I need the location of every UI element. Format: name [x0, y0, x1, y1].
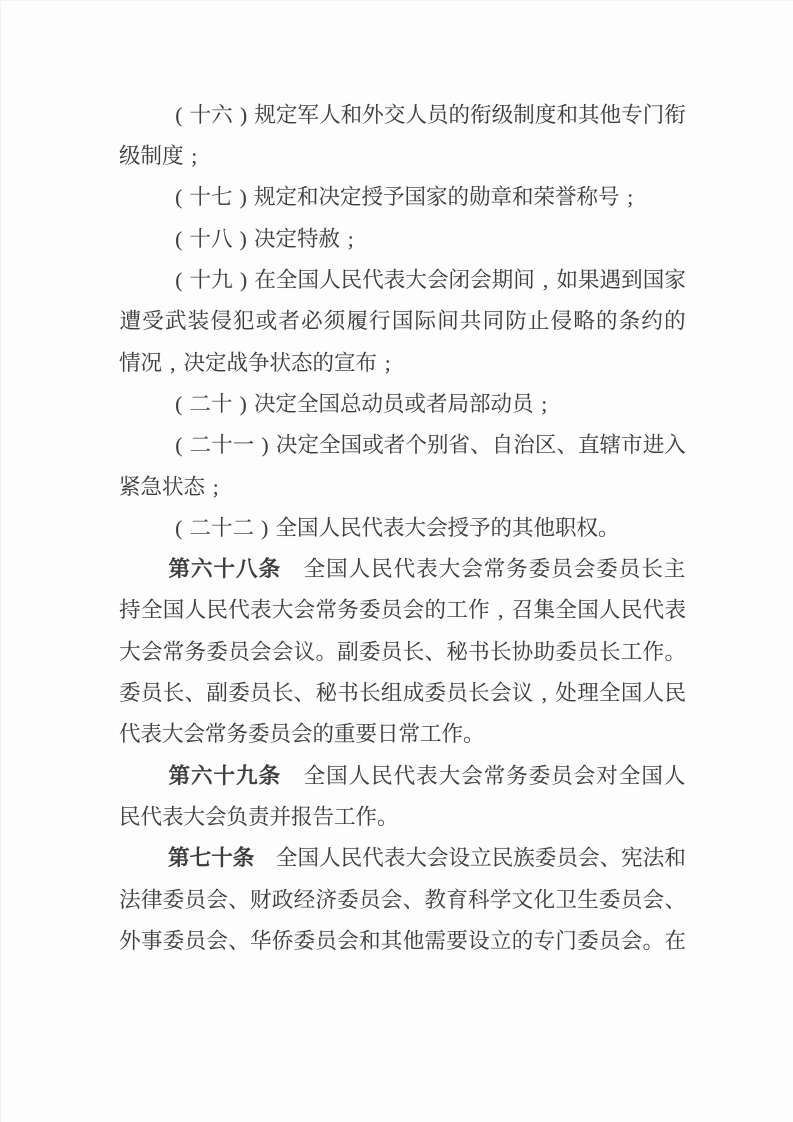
body-char: 和: [556, 105, 578, 127]
body-char: 会: [573, 559, 596, 581]
body-char: 制: [513, 105, 535, 127]
body-char: 全: [555, 600, 577, 622]
body-char: 定: [276, 105, 298, 127]
body-char: 告: [313, 807, 335, 829]
body-char: 决: [254, 394, 276, 416]
body-char: 人: [348, 766, 371, 788]
body-char: 长: [641, 559, 664, 581]
body-char: 、: [424, 642, 446, 664]
document-page: (十六)规定军人和外交人员的衔级制度和其他专门衔级制度;(十七)规定和决定授予国…: [0, 0, 793, 1122]
body-char: 表: [416, 766, 439, 788]
body-char: 和: [359, 931, 381, 953]
body-char: 国: [405, 187, 427, 209]
body-char: 他: [534, 518, 556, 540]
body-char: 民: [664, 683, 686, 705]
body-char: 律: [141, 890, 163, 912]
body-char: 委: [599, 890, 621, 912]
body-char: 代: [643, 600, 665, 622]
article-number-char: 第: [168, 848, 190, 870]
body-char: ): [254, 435, 276, 457]
text-line: (十八)决定特赦;: [119, 219, 686, 260]
body-char: 大: [405, 518, 427, 540]
text-line: (二十)决定全国总动员或者局部动员;: [119, 384, 686, 425]
body-char: 十: [211, 518, 233, 540]
body-char: 立: [470, 848, 492, 870]
body-char: 人: [319, 270, 341, 292]
body-char: 国: [163, 600, 185, 622]
body-char: 遇: [600, 270, 622, 292]
body-char: 其: [578, 105, 600, 127]
body-char: 同: [482, 311, 505, 333]
body-char: 人: [319, 848, 341, 870]
body-char: 状: [270, 353, 292, 375]
text-line: 代表大会常务委员会的重要日常工作。: [119, 714, 686, 755]
body-char: 勋: [469, 187, 491, 209]
body-char: 防: [505, 311, 528, 333]
body-char: 会: [426, 518, 448, 540]
body-char: 如: [556, 270, 578, 292]
body-char: 进: [643, 435, 665, 457]
body-char: 务: [506, 559, 529, 581]
body-char: 务: [227, 724, 249, 746]
body-char: 工: [420, 724, 442, 746]
body-char: 书: [337, 683, 359, 705]
body-char: 七: [211, 187, 233, 209]
body-char: 、: [403, 890, 425, 912]
body-char: 决: [319, 187, 341, 209]
body-char: 号: [598, 187, 620, 209]
body-char: 常: [483, 559, 506, 581]
body-char: 员: [621, 890, 643, 912]
article-number-char: 条: [233, 848, 255, 870]
body-char: 八: [211, 229, 233, 251]
body-char: [254, 848, 276, 870]
text-line: (十六)规定军人和外交人员的衔级制度和其他专门衔: [119, 95, 686, 136]
body-char: 代: [119, 724, 141, 746]
body-char: 委: [555, 642, 577, 664]
body-char: 侨: [272, 931, 294, 953]
body-char: 会: [461, 559, 484, 581]
body-char: 委: [359, 600, 381, 622]
body-char: 全: [303, 766, 326, 788]
body-char: 定: [276, 394, 298, 416]
body-char: 员: [184, 931, 206, 953]
body-char: 外: [119, 931, 141, 953]
body-char: 到: [621, 270, 643, 292]
body-char: 定: [297, 435, 319, 457]
body-char: 会: [294, 600, 316, 622]
body-char: (: [168, 187, 190, 209]
body-char: 人: [599, 600, 621, 622]
body-char: 表: [416, 559, 439, 581]
body-char: 委: [163, 931, 185, 953]
body-char: 员: [577, 642, 599, 664]
body-char: 全: [303, 559, 326, 581]
body-char: 委: [206, 642, 228, 664]
article-number-char: 六: [191, 766, 214, 788]
body-char: 副: [337, 642, 359, 664]
body-char: 表: [250, 600, 272, 622]
body-char: 、: [184, 683, 206, 705]
body-char: 入: [664, 435, 686, 457]
body-char: 动: [491, 394, 513, 416]
body-char: 或: [405, 394, 427, 416]
body-char: 济: [315, 890, 337, 912]
body-char: 十: [190, 105, 212, 127]
body-char: 族: [513, 848, 535, 870]
body-char: 民: [119, 807, 141, 829]
body-char: 会: [403, 600, 425, 622]
body-char: 定: [340, 187, 362, 209]
body-char: 。: [643, 931, 665, 953]
body-char: 作: [442, 724, 464, 746]
body-char: 要: [356, 724, 378, 746]
body-char: ;: [205, 477, 227, 499]
body-char: 大: [162, 724, 184, 746]
body-char: 必: [301, 311, 324, 333]
body-char: 部: [469, 394, 491, 416]
body-char: 员: [184, 890, 206, 912]
body-char: ,: [490, 600, 512, 622]
body-char: 。: [664, 642, 686, 664]
body-char: 常: [483, 766, 506, 788]
article-number-char: 第: [168, 766, 191, 788]
body-char: 人: [184, 600, 206, 622]
body-char: 人: [319, 105, 341, 127]
body-char: 特: [297, 229, 319, 251]
body-char: 。: [377, 807, 399, 829]
body-char: 条: [618, 311, 641, 333]
body-char: 者: [384, 435, 406, 457]
body-char: 员: [618, 559, 641, 581]
body-char: 大: [405, 270, 427, 292]
body-char: 员: [427, 105, 449, 127]
body-char: 荣: [534, 187, 556, 209]
body-char: 的: [313, 353, 335, 375]
body-char: 果: [578, 270, 600, 292]
body-char: 衔: [470, 105, 492, 127]
body-char: 对: [596, 766, 619, 788]
body-char: 卫: [555, 890, 577, 912]
body-char: 和: [297, 187, 319, 209]
body-char: 工: [446, 600, 468, 622]
body-char: (: [168, 105, 190, 127]
body-char: 予: [469, 518, 491, 540]
body-char: 动: [362, 394, 384, 416]
body-char: 须: [323, 311, 346, 333]
body-char: 约: [641, 311, 664, 333]
body-char: (: [168, 229, 190, 251]
body-char: 责: [248, 807, 270, 829]
text-line: 第六十九条 全国人民代表大会常务委员会对全国人: [119, 756, 686, 797]
body-char: 表: [384, 848, 406, 870]
body-char: 人: [663, 766, 686, 788]
body-char: 国: [326, 559, 349, 581]
body-char: ;: [620, 187, 642, 209]
body-char: 战: [227, 353, 249, 375]
body-char: ): [233, 105, 255, 127]
body-char: 表: [383, 518, 405, 540]
body-char: 人: [643, 683, 665, 705]
text-line: 大会常务委员会会议。副委员长、秘书长协助委员长工作。: [119, 632, 686, 673]
body-char: 十: [211, 394, 233, 416]
body-char: 委: [424, 683, 446, 705]
body-char: 度: [162, 146, 184, 168]
body-char: 会: [461, 766, 484, 788]
body-char: 育: [446, 890, 468, 912]
body-char: 的: [313, 724, 335, 746]
text-line: (十七)规定和决定授予国家的勋章和荣誉称号;: [119, 178, 686, 219]
body-char: 二: [233, 518, 255, 540]
body-char: 国: [621, 683, 643, 705]
body-char: 二: [190, 435, 212, 457]
body-char: 的: [664, 311, 687, 333]
body-char: 十: [190, 229, 212, 251]
body-char: 会: [578, 848, 600, 870]
body-char: ;: [184, 146, 206, 168]
body-char: 。: [315, 642, 337, 664]
body-char: 的: [424, 600, 446, 622]
body-char: (: [168, 270, 190, 292]
body-char: 员: [551, 559, 574, 581]
body-char: 共: [459, 311, 482, 333]
body-char: 立: [490, 931, 512, 953]
body-char: 会: [272, 642, 294, 664]
body-char: 设: [468, 931, 490, 953]
body-char: 省: [449, 435, 471, 457]
body-char: 员: [228, 642, 250, 664]
body-char: 集: [533, 600, 555, 622]
body-char: 民: [492, 848, 514, 870]
body-char: 期: [492, 270, 514, 292]
body-char: 代: [141, 807, 163, 829]
body-char: 长: [403, 642, 425, 664]
text-line: (十九)在全国人民代表大会闭会期间,如果遇到国家: [119, 260, 686, 301]
body-char: 国: [341, 435, 363, 457]
body-char: 委: [596, 559, 619, 581]
body-char: 会: [250, 642, 272, 664]
body-char: 务: [337, 600, 359, 622]
body-char: 、: [664, 890, 686, 912]
body-char: 务: [184, 642, 206, 664]
body-char: 民: [206, 600, 228, 622]
text-line: 民代表大会负责并报告工作。: [119, 797, 686, 838]
body-char: 表: [162, 807, 184, 829]
body-char: ;: [377, 353, 399, 375]
body-char: 委: [119, 683, 141, 705]
body-char: (: [168, 518, 190, 540]
body-char: 予: [383, 187, 405, 209]
body-char: ;: [340, 229, 362, 251]
body-char: 人: [405, 105, 427, 127]
body-char: 常: [315, 600, 337, 622]
body-char: 会: [205, 807, 227, 829]
text-line: 紧急状态;: [119, 467, 686, 508]
body-char: 员: [512, 394, 534, 416]
body-char: 法: [119, 890, 141, 912]
text-line: 持全国人民代表大会常务委员会的工作,召集全国人民代表: [119, 591, 686, 632]
body-char: 犯: [232, 311, 255, 333]
document-text-block: (十六)规定军人和外交人员的衔级制度和其他专门衔级制度;(十七)规定和决定授予国…: [119, 1, 686, 962]
body-char: 全: [276, 270, 298, 292]
body-char: 局: [448, 394, 470, 416]
body-char: 成: [403, 683, 425, 705]
body-char: 常: [399, 724, 421, 746]
body-char: 的: [491, 518, 513, 540]
body-char: 秘: [446, 642, 468, 664]
body-char: 职: [555, 518, 577, 540]
body-char: 持: [119, 600, 141, 622]
body-char: 员: [381, 642, 403, 664]
body-char: 大: [119, 642, 141, 664]
body-char: 员: [446, 683, 468, 705]
body-char: 门: [643, 105, 665, 127]
body-char: 民: [371, 766, 394, 788]
body-char: 、: [228, 931, 250, 953]
body-char: ;: [534, 394, 556, 416]
body-char: 大: [184, 807, 206, 829]
body-char: 十: [190, 187, 212, 209]
body-char: 家: [664, 270, 686, 292]
body-char: 设: [449, 848, 471, 870]
body-char: 或: [362, 435, 384, 457]
body-char: 长: [359, 683, 381, 705]
body-char: 况: [141, 353, 163, 375]
body-char: 区: [535, 435, 557, 457]
body-char: 、: [228, 890, 250, 912]
body-char: 人: [348, 559, 371, 581]
body-char: 宣: [334, 353, 356, 375]
body-char: 负: [227, 807, 249, 829]
body-char: 表: [664, 600, 686, 622]
body-char: 员: [383, 394, 405, 416]
body-char: 大: [272, 600, 294, 622]
body-char: 会: [427, 848, 449, 870]
body-char: 赦: [319, 229, 341, 251]
body-char: 军: [297, 105, 319, 127]
body-char: ): [233, 187, 255, 209]
body-char: (: [168, 435, 190, 457]
article-number-char: 八: [236, 559, 259, 581]
body-char: 委: [294, 931, 316, 953]
body-char: 教: [424, 890, 446, 912]
body-char: 代: [362, 270, 384, 292]
body-char: 际: [414, 311, 437, 333]
body-char: 工: [621, 642, 643, 664]
body-char: 会: [184, 724, 206, 746]
body-char: ): [233, 394, 255, 416]
body-char: 务: [506, 766, 529, 788]
body-char: 会: [291, 724, 313, 746]
body-char: 代: [362, 518, 384, 540]
body-char: 衔: [664, 105, 686, 127]
body-char: 专: [533, 931, 555, 953]
body-char: 华: [250, 931, 272, 953]
body-char: 六: [211, 105, 233, 127]
body-char: 处: [555, 683, 577, 705]
body-char: 一: [233, 435, 255, 457]
body-char: 度: [535, 105, 557, 127]
body-char: 专: [621, 105, 643, 127]
body-char: 和: [341, 105, 363, 127]
body-char: 民: [621, 600, 643, 622]
body-char: 称: [577, 187, 599, 209]
body-char: 日: [377, 724, 399, 746]
text-line: 委员长、副委员长、秘书长组成委员长会议,处理全国人民: [119, 673, 686, 714]
body-char: 生: [577, 890, 599, 912]
body-char: 表: [141, 724, 163, 746]
body-char: 者: [426, 394, 448, 416]
body-char: 员: [250, 683, 272, 705]
body-char: 员: [315, 931, 337, 953]
body-char: 会: [381, 890, 403, 912]
body-char: 会: [643, 890, 665, 912]
body-char: 学: [490, 890, 512, 912]
body-char: 委: [577, 931, 599, 953]
body-char: 和: [664, 848, 686, 870]
text-line: 法律委员会、财政经济委员会、教育科学文化卫生委员会、: [119, 880, 686, 921]
body-char: [281, 766, 304, 788]
body-char: 侵: [210, 311, 233, 333]
body-char: 的: [448, 187, 470, 209]
body-char: 授: [448, 518, 470, 540]
body-char: 在: [664, 931, 686, 953]
body-char: 、: [556, 435, 578, 457]
body-char: 的: [512, 931, 534, 953]
body-char: 全: [618, 766, 641, 788]
article-number-char: 六: [191, 559, 214, 581]
body-char: 副: [206, 683, 228, 705]
body-char: 国: [577, 600, 599, 622]
article-number-char: 十: [211, 848, 233, 870]
body-char: ): [254, 518, 276, 540]
body-char: [281, 559, 304, 581]
article-number-char: 条: [258, 559, 281, 581]
body-char: 定: [276, 229, 298, 251]
body-char: 在: [254, 270, 276, 292]
body-char: 委: [528, 559, 551, 581]
body-char: ): [233, 270, 255, 292]
body-char: 民: [341, 848, 363, 870]
body-char: 会: [490, 683, 512, 705]
body-char: 需: [424, 931, 446, 953]
body-char: 、: [294, 683, 316, 705]
body-char: 级: [492, 105, 514, 127]
body-char: 个: [405, 435, 427, 457]
body-char: 自: [492, 435, 514, 457]
body-char: 止: [527, 311, 550, 333]
body-char: 民: [341, 270, 363, 292]
body-char: 大: [405, 848, 427, 870]
body-char: 事: [141, 931, 163, 953]
body-char: 略: [573, 311, 596, 333]
body-char: 长: [163, 683, 185, 705]
body-char: 外: [362, 105, 384, 127]
body-char: 理: [577, 683, 599, 705]
body-char: 十: [190, 270, 212, 292]
body-char: 规: [254, 187, 276, 209]
body-char: 财: [250, 890, 272, 912]
body-char: 决: [184, 353, 206, 375]
body-char: 员: [599, 931, 621, 953]
body-char: 宪: [621, 848, 643, 870]
body-char: 、: [600, 848, 622, 870]
body-char: ): [233, 229, 255, 251]
body-char: 态: [291, 353, 313, 375]
body-char: 决: [254, 229, 276, 251]
body-char: 者: [278, 311, 301, 333]
body-char: 布: [356, 353, 378, 375]
